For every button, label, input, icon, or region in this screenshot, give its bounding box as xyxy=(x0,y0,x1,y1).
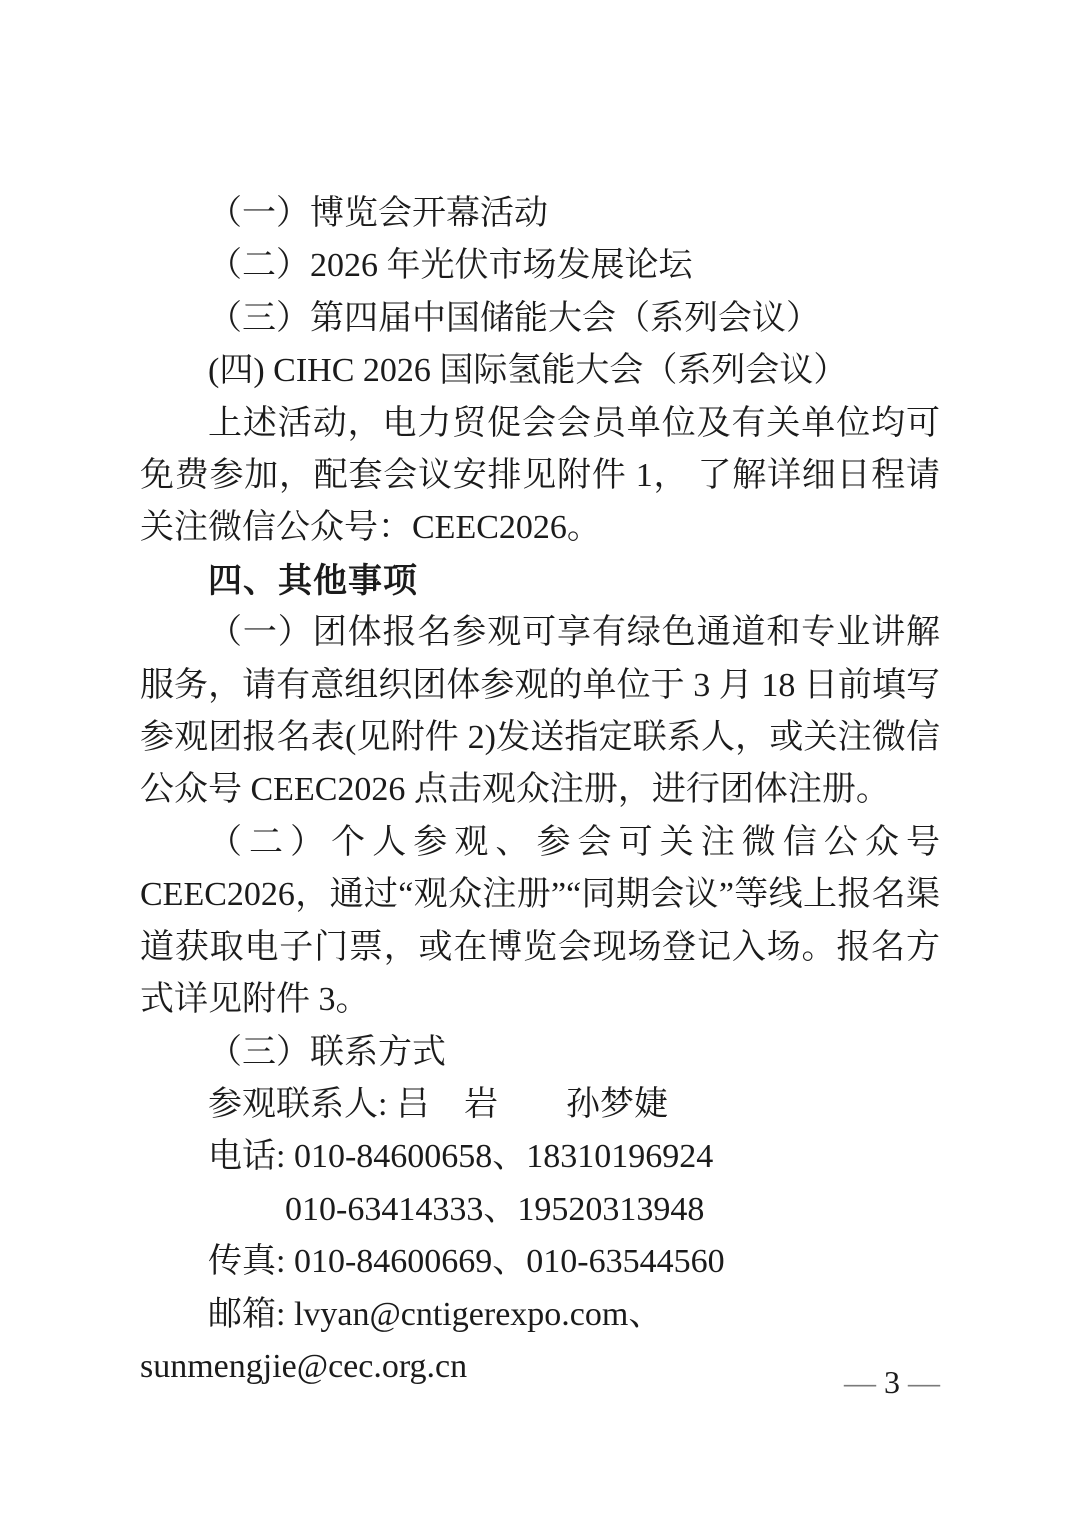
contact-fax-line: 传真: 010-84600669、010-63544560 xyxy=(140,1236,940,1288)
paragraph-individual-visit: （二）个人参观、参会可关注微信公众号 CEEC2026，通过“观众注册”“同期会… xyxy=(140,817,940,1027)
contact-email-line: 邮箱: lvyan@cntigerexpo.com、sunmengjie@cec… xyxy=(140,1289,940,1394)
contact-visitor-contacts: 参观联系人: 吕 岩 孙梦婕 xyxy=(140,1079,940,1131)
document-page: （一）博览会开幕活动 （二）2026 年光伏市场发展论坛 （三）第四届中国储能大… xyxy=(0,0,1080,1527)
agenda-item-1: （一）博览会开幕活动 xyxy=(140,188,940,240)
page-number-left-dash: — xyxy=(844,1364,876,1400)
page-number-value: 3 xyxy=(884,1364,900,1400)
contact-phone-line-1: 电话: 010-84600658、18310196924 xyxy=(140,1131,940,1183)
paragraph-free-participation: 上述活动，电力贸促会会员单位及有关单位均可免费参加，配套会议安排见附件 1， 了… xyxy=(140,398,940,555)
page-number: —3— xyxy=(844,1366,940,1398)
agenda-item-4: (四) CIHC 2026 国际氢能大会（系列会议） xyxy=(140,345,940,397)
contact-phone-line-2: 010-63414333、19520313948 xyxy=(140,1184,940,1236)
section-heading-other-matters: 四、其他事项 xyxy=(140,555,940,607)
paragraph-group-visit: （一）团体报名参观可享有绿色通道和专业讲解服务，请有意组织团体参观的单位于 3 … xyxy=(140,607,940,817)
document-body: （一）博览会开幕活动 （二）2026 年光伏市场发展论坛 （三）第四届中国储能大… xyxy=(140,188,940,1393)
agenda-item-2: （二）2026 年光伏市场发展论坛 xyxy=(140,240,940,292)
agenda-item-3: （三）第四届中国储能大会（系列会议） xyxy=(140,293,940,345)
contact-section-heading: （三）联系方式 xyxy=(140,1027,940,1079)
page-number-right-dash: — xyxy=(908,1364,940,1400)
